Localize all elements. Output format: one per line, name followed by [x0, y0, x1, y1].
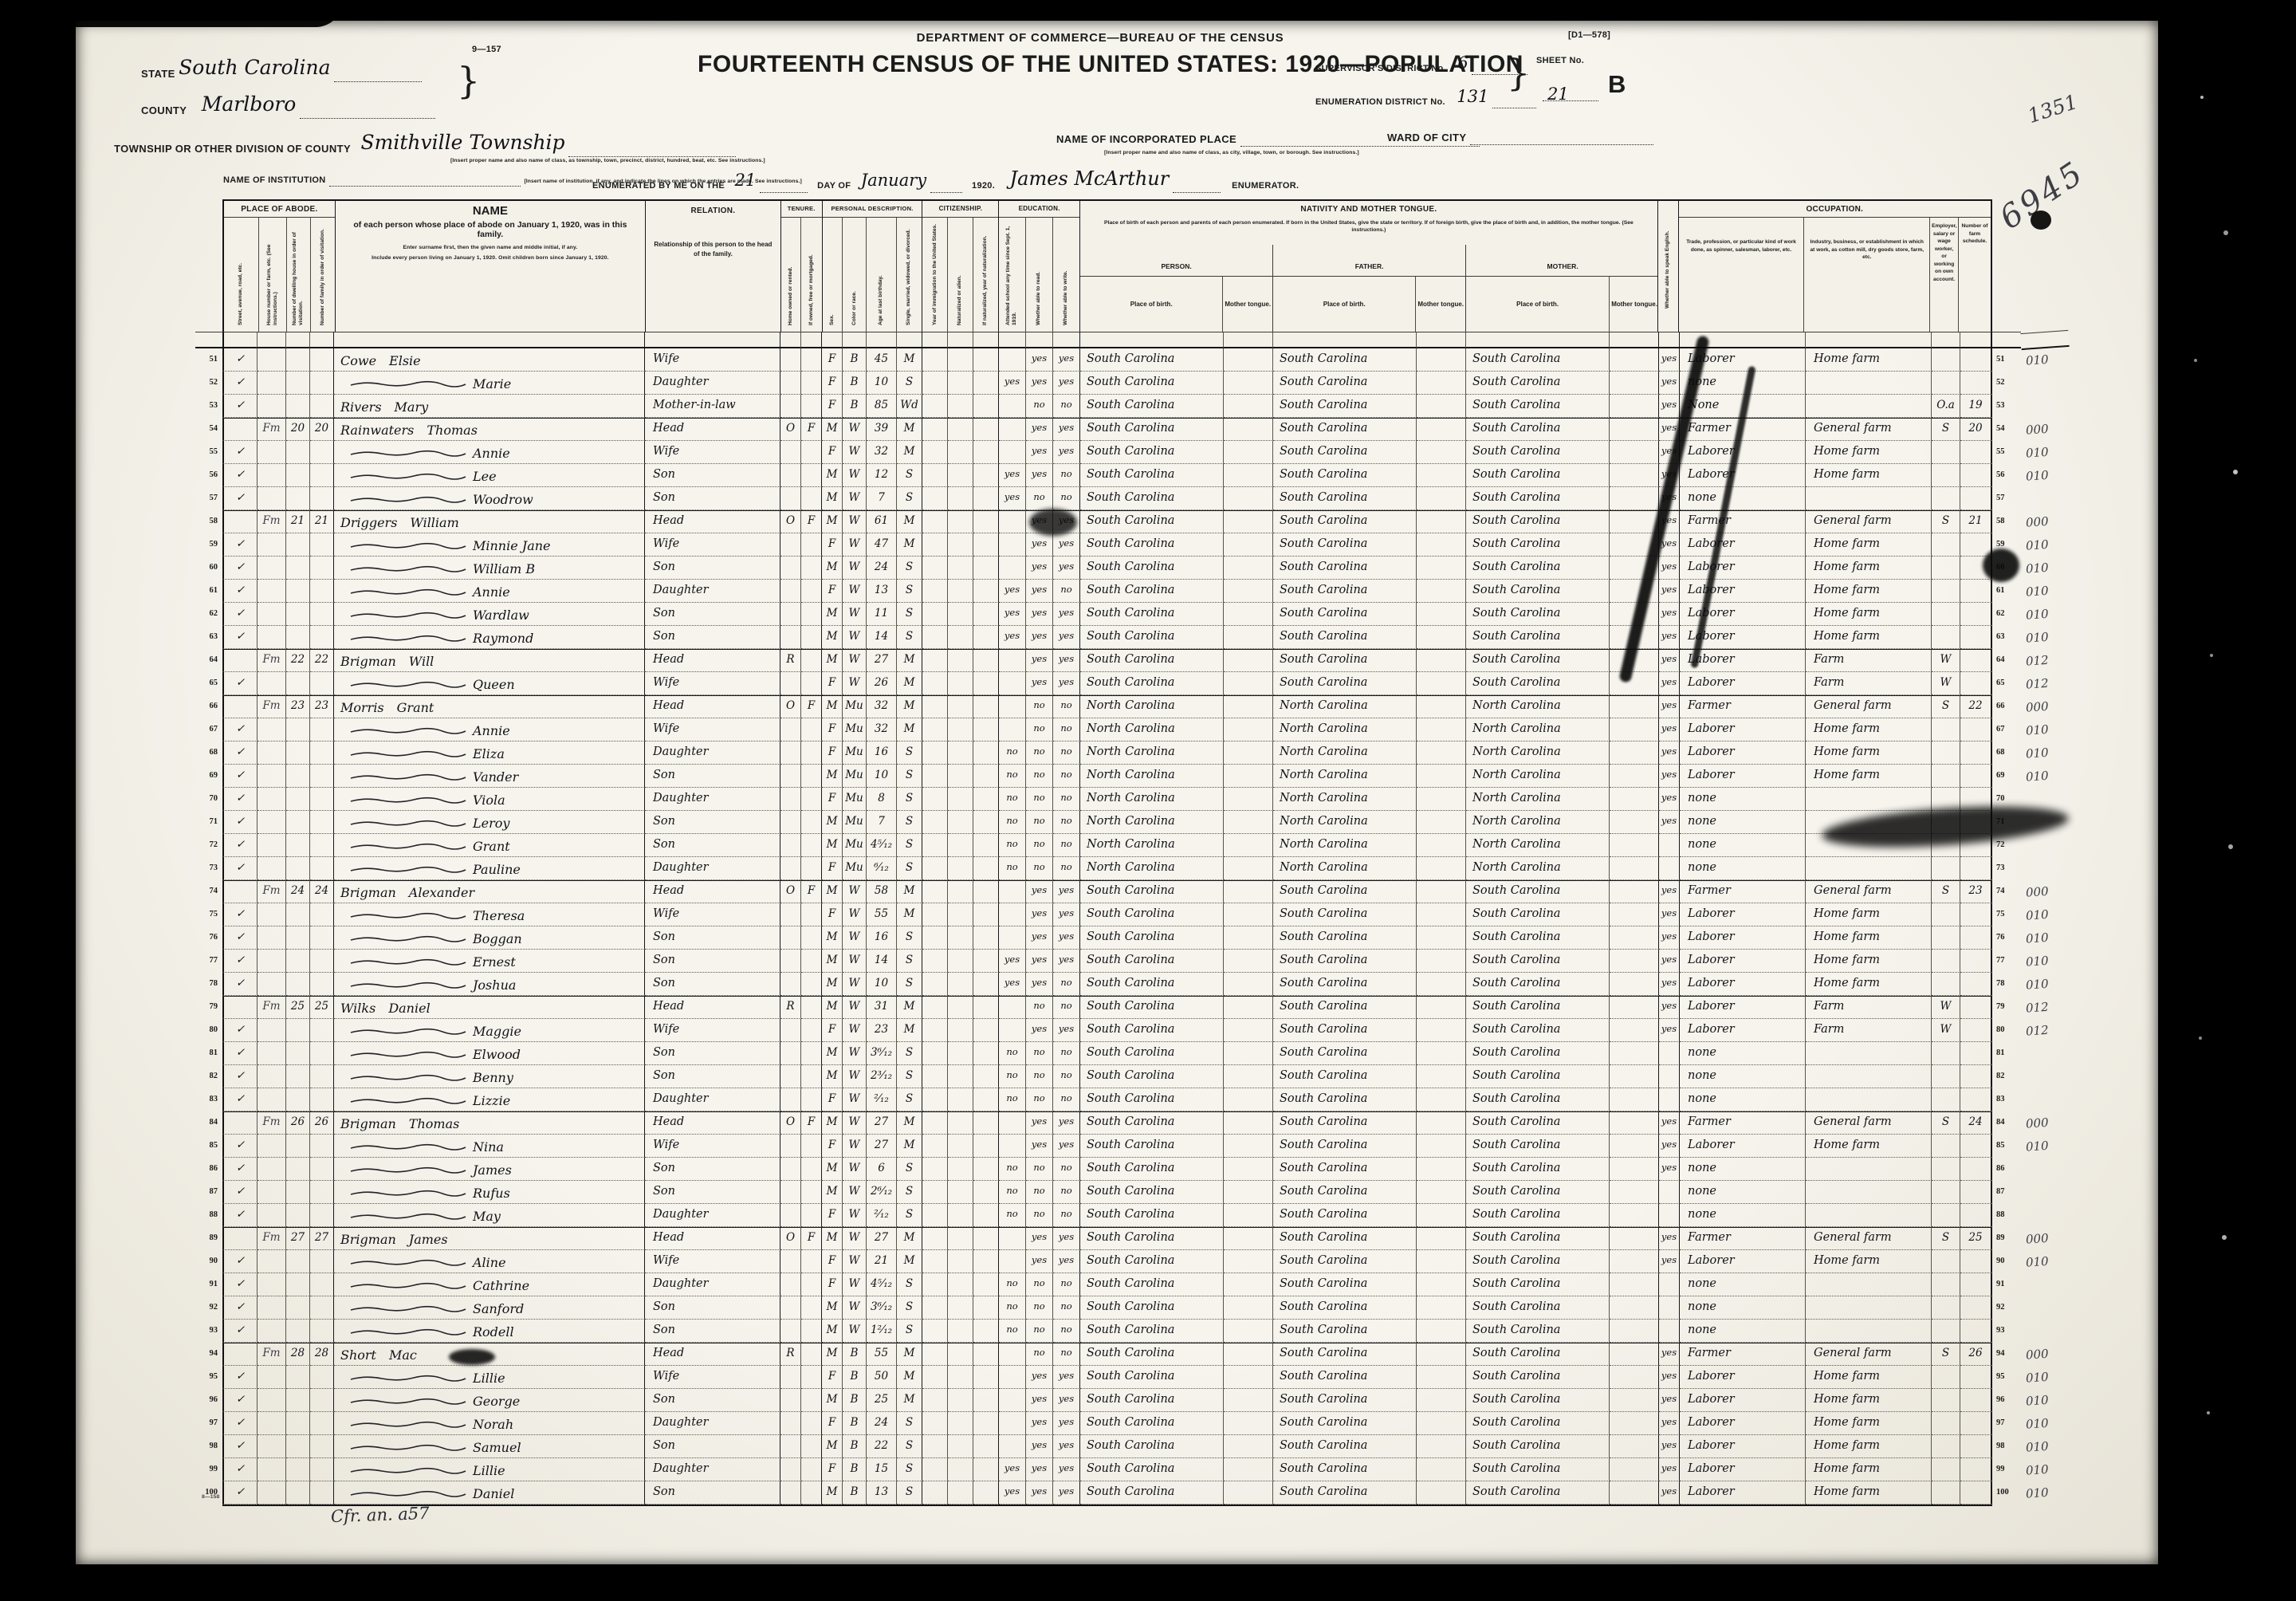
naturalized-entry [948, 765, 973, 788]
ditto-mark [348, 680, 468, 688]
immigration-year-entry [922, 996, 948, 1019]
person-birthplace-entry: South Carolina [1080, 1250, 1224, 1273]
naturalization-year-entry [973, 1273, 999, 1296]
father-mother-tongue-entry [1417, 395, 1466, 418]
relation-entry: Head [645, 695, 780, 718]
mother-mother-tongue-entry [1610, 1458, 1659, 1481]
tenure-free-mortgaged [801, 649, 822, 672]
father-mother-tongue-entry [1417, 1320, 1466, 1343]
able-to-read-entry: no [1026, 996, 1053, 1019]
attended-school-entry: yes [999, 603, 1026, 626]
table-row: 73 ✓ Pauline Daughter F Mu ⁶⁄₁₂ S [195, 857, 2069, 880]
header-group-nativity: NATIVITY AND MOTHER TONGUE. Place of bir… [1080, 201, 1658, 332]
naturalized-entry [948, 950, 973, 973]
family-number [310, 741, 334, 765]
employment-class-entry [1932, 857, 1960, 880]
family-number [310, 1088, 334, 1111]
tenure-owned-rented [780, 1296, 801, 1320]
marital-status-entry: M [897, 510, 922, 533]
mother-mother-tongue-entry [1610, 1296, 1659, 1320]
person-birthplace-entry: North Carolina [1080, 834, 1224, 857]
occupation-entry: none [1680, 1088, 1806, 1111]
farm-schedule-entry: 23 [1960, 880, 1992, 903]
given-name: Thomas [409, 1116, 460, 1131]
tenure-free-mortgaged: F [801, 418, 822, 441]
naturalization-year-entry [973, 1065, 999, 1088]
attended-school-entry [999, 533, 1026, 557]
naturalized-entry [948, 649, 973, 672]
able-to-write-entry: no [1053, 996, 1080, 1019]
employment-class-entry: W [1932, 672, 1960, 695]
house-farm-entry [258, 348, 286, 372]
immigration-year-entry [922, 649, 948, 672]
mother-mother-tongue-entry [1610, 950, 1659, 973]
table-row: 100 ✓ Daniel Son M B 13 S [195, 1481, 2069, 1505]
industry-entry [1806, 811, 1932, 834]
sex-entry: F [822, 1135, 843, 1158]
dwelling-number [286, 1435, 310, 1458]
occupation-code: 010 [2020, 925, 2070, 951]
farm-schedule-entry [1960, 1088, 1992, 1111]
dwelling-number [286, 557, 310, 580]
farm-schedule-entry [1960, 464, 1992, 487]
ditto-mark [348, 564, 468, 572]
father-birthplace-entry: South Carolina [1273, 1111, 1417, 1135]
row-number-right: 75 [1992, 903, 2021, 926]
industry-entry [1806, 1088, 1932, 1111]
father-pob-label: Place of birth. [1273, 277, 1416, 332]
attended-school-entry: no [999, 1204, 1026, 1227]
table-row: 82 ✓ Benny Son M W 2³⁄₁₂ S [195, 1065, 2069, 1088]
row-number-right: 98 [1992, 1435, 2021, 1458]
naturalized-entry [948, 1135, 973, 1158]
color-race-entry: B [843, 1481, 867, 1505]
dwelling-number [286, 1065, 310, 1088]
mother-birthplace-entry: South Carolina [1466, 1065, 1610, 1088]
age-entry: ⁶⁄₁₂ [867, 857, 897, 880]
father-mother-tongue-entry [1417, 880, 1466, 903]
given-name: Minnie Jane [473, 538, 551, 553]
mother-birthplace-entry: North Carolina [1466, 788, 1610, 811]
dwelling-number [286, 580, 310, 603]
occupation-code: 000 [2020, 416, 2070, 443]
able-to-write-entry: no [1053, 1042, 1080, 1065]
attended-school-entry: yes [999, 1481, 1026, 1505]
column-number [1806, 332, 1932, 348]
ditto-mark [348, 726, 468, 734]
mother-birthplace-entry: South Carolina [1466, 348, 1610, 372]
speaks-english-entry: yes [1659, 996, 1680, 1019]
industry-entry [1806, 372, 1932, 395]
naturalized-entry [948, 626, 973, 649]
occupation-code: 010 [2020, 1249, 2070, 1275]
person-birthplace-entry: South Carolina [1080, 1481, 1224, 1505]
house-farm-entry [258, 533, 286, 557]
marital-status-entry: M [897, 672, 922, 695]
row-number-right: 78 [1992, 973, 2021, 996]
relation-entry: Son [645, 626, 780, 649]
attended-school-entry: no [999, 1158, 1026, 1181]
person-birthplace-entry: South Carolina [1080, 1111, 1224, 1135]
relation-entry: Son [645, 1481, 780, 1505]
marital-status-entry: S [897, 626, 922, 649]
occupation-entry: Laborer [1680, 996, 1806, 1019]
person-mother-tongue-entry [1224, 1320, 1273, 1343]
speaks-english-entry: yes [1659, 510, 1680, 533]
tenure-owned-rented: R [780, 649, 801, 672]
marital-status-entry: Wd [897, 395, 922, 418]
naturalized-entry [948, 395, 973, 418]
name-cell: Samuel [334, 1435, 645, 1458]
table-row: 65 ✓ Queen Wife F W 26 M [195, 672, 2069, 695]
ditto-mark [348, 796, 468, 804]
employment-class-entry [1932, 950, 1960, 973]
attended-school-entry: yes [999, 464, 1026, 487]
person-birthplace-entry: South Carolina [1080, 557, 1224, 580]
industry-entry: Home farm [1806, 1458, 1932, 1481]
mother-mother-tongue-entry [1610, 372, 1659, 395]
enumerated-year: 1920. [972, 181, 995, 191]
industry-entry: Home farm [1806, 1366, 1932, 1389]
farm-schedule-entry [1960, 1412, 1992, 1435]
father-birthplace-entry: South Carolina [1273, 348, 1417, 372]
able-to-write-entry: yes [1053, 1019, 1080, 1042]
column-number [1932, 332, 1960, 348]
attended-school-entry [999, 395, 1026, 418]
tenure-free-mortgaged [801, 1019, 822, 1042]
employment-class-entry [1932, 348, 1960, 372]
able-to-read-entry: yes [1026, 603, 1053, 626]
naturalization-year-entry [973, 950, 999, 973]
immigration-year-entry [922, 510, 948, 533]
marital-status-entry: M [897, 718, 922, 741]
father-mother-tongue-entry [1417, 973, 1466, 996]
dwelling-number [286, 765, 310, 788]
column-number-row [195, 332, 2069, 348]
industry-entry: General farm [1806, 510, 1932, 533]
row-number-left: 54 [195, 418, 222, 441]
immigration-year-entry [922, 603, 948, 626]
marital-status-entry: S [897, 926, 922, 950]
father-birthplace-entry: South Carolina [1273, 533, 1417, 557]
speaks-english-entry: yes [1659, 649, 1680, 672]
naturalization-year-entry [973, 533, 999, 557]
speaks-english-entry: yes [1659, 1458, 1680, 1481]
tenure-owned-rented [780, 741, 801, 765]
header-group-english: Whether able to speak English. [1658, 201, 1679, 332]
ditto-mark [348, 380, 468, 387]
marital-status-entry: S [897, 1412, 922, 1435]
industry-entry: Home farm [1806, 903, 1932, 926]
naturalized-entry [948, 718, 973, 741]
immigration-year-entry [922, 834, 948, 857]
tenure-owned-rented [780, 348, 801, 372]
tenure-owned-rented: O [780, 418, 801, 441]
given-name: Elwood [473, 1047, 521, 1062]
dwelling-number [286, 1088, 310, 1111]
ditto-mark [348, 773, 468, 781]
dwelling-number [286, 1042, 310, 1065]
sex-entry: F [822, 718, 843, 741]
person-mother-tongue-entry [1224, 811, 1273, 834]
age-entry: 8 [867, 788, 897, 811]
given-name: Grant [397, 700, 434, 715]
row-number-left: 74 [195, 880, 222, 903]
row-number-left: 97 [195, 1412, 222, 1435]
house-farm-entry: Fm [258, 510, 286, 533]
column-number [1026, 332, 1053, 348]
house-farm-entry [258, 1435, 286, 1458]
table-row: 93 ✓ Rodell Son M W 1²⁄₁₂ S [195, 1320, 2069, 1343]
mother-birthplace-entry: North Carolina [1466, 765, 1610, 788]
street-check: ✓ [222, 1204, 258, 1227]
row-number-left: 84 [195, 1111, 222, 1135]
mother-mother-tongue-entry [1610, 857, 1659, 880]
able-to-read-entry: no [1026, 718, 1053, 741]
mother-birthplace-entry: South Carolina [1466, 672, 1610, 695]
family-number [310, 441, 334, 464]
table-row: 69 ✓ Vander Son M Mu 10 S [195, 765, 2069, 788]
marital-status-entry: S [897, 580, 922, 603]
house-farm-entry [258, 811, 286, 834]
marital-status-entry: S [897, 1458, 922, 1481]
mother-mother-tongue-entry [1610, 580, 1659, 603]
marital-status-entry: S [897, 950, 922, 973]
person-pob-label: Place of birth. [1080, 277, 1223, 332]
table-row: 99 ✓ Lillie Daughter F B 15 S [195, 1458, 2069, 1481]
immigration-year-entry [922, 1135, 948, 1158]
tenure-owned-rented [780, 834, 801, 857]
marital-status-entry: S [897, 834, 922, 857]
row-number-right: 61 [1992, 580, 2021, 603]
tenure-owned-rented: R [780, 1343, 801, 1366]
relation-entry: Wife [645, 718, 780, 741]
person-mother-tongue-entry [1224, 1435, 1273, 1458]
street-check: ✓ [222, 950, 258, 973]
person-birthplace-entry: North Carolina [1080, 741, 1224, 765]
ditto-mark [348, 1096, 468, 1104]
tenure-free-mortgaged [801, 834, 822, 857]
occupation-entry: Farmer [1680, 418, 1806, 441]
name-cell: Benny [334, 1065, 645, 1088]
speaks-english-entry: yes [1659, 973, 1680, 996]
name-cell: Marie [334, 372, 645, 395]
immigration-year-entry [922, 811, 948, 834]
occupation-entry: none [1680, 1181, 1806, 1204]
able-to-write-entry: yes [1053, 372, 1080, 395]
person-mother-tongue-entry [1224, 765, 1273, 788]
industry-entry [1806, 1042, 1932, 1065]
sex-entry: M [822, 649, 843, 672]
relation-entry: Wife [645, 533, 780, 557]
occupation-entry: none [1680, 811, 1806, 834]
industry-entry [1806, 1158, 1932, 1181]
occupation-entry: Laborer [1680, 926, 1806, 950]
mother-mother-tongue-entry [1610, 880, 1659, 903]
speaks-english-entry: yes [1659, 372, 1680, 395]
column-number [1417, 332, 1466, 348]
father-mother-tongue-entry [1417, 788, 1466, 811]
col28-label: Employer, salary or wage worker, or work… [1930, 218, 1959, 332]
father-mother-tongue-entry [1417, 1296, 1466, 1320]
given-name: Boggan [473, 931, 522, 946]
color-race-entry: W [843, 672, 867, 695]
father-birthplace-entry: South Carolina [1273, 903, 1417, 926]
table-row: 83 ✓ Lizzie Daughter F W ²⁄₁₂ S [195, 1088, 2069, 1111]
mother-label: MOTHER. [1466, 245, 1658, 277]
attended-school-entry: no [999, 741, 1026, 765]
sex-entry: F [822, 672, 843, 695]
color-race-entry: W [843, 603, 867, 626]
house-farm-entry: Fm [258, 1227, 286, 1250]
able-to-write-entry: no [1053, 695, 1080, 718]
occupation-entry: none [1680, 1042, 1806, 1065]
house-farm-entry [258, 1366, 286, 1389]
ditto-mark [348, 1258, 468, 1266]
name-cell: Rufus [334, 1181, 645, 1204]
color-race-entry: B [843, 395, 867, 418]
mother-birthplace-entry: South Carolina [1466, 533, 1610, 557]
able-to-read-entry: yes [1026, 1481, 1053, 1505]
able-to-read-entry: yes [1026, 441, 1053, 464]
ditto-mark [348, 1073, 468, 1081]
name-cell: Brigman Alexander [334, 880, 645, 903]
tenure-owned-rented [780, 973, 801, 996]
marital-status-entry: S [897, 1181, 922, 1204]
color-race-entry: W [843, 441, 867, 464]
mother-mother-tongue-entry [1610, 626, 1659, 649]
row-number-left: 86 [195, 1158, 222, 1181]
immigration-year-entry [922, 580, 948, 603]
ward-row: WARD OF CITY [1387, 131, 1653, 145]
mother-birthplace-entry: South Carolina [1466, 487, 1610, 510]
father-mother-tongue-entry [1417, 464, 1466, 487]
immigration-year-entry [922, 487, 948, 510]
color-race-entry: W [843, 926, 867, 950]
color-race-entry: B [843, 348, 867, 372]
employment-class-entry [1932, 926, 1960, 950]
table-row: 89 Fm 27 27 Brigman James Head O F M W 2… [195, 1227, 2069, 1250]
table-row: 91 ✓ Cathrine Daughter F W 4⁵⁄₁₂ S [195, 1273, 2069, 1296]
employment-class-entry [1932, 1135, 1960, 1158]
row-number-left: 57 [195, 487, 222, 510]
speaks-english-entry [1659, 1296, 1680, 1320]
person-mother-tongue-entry [1224, 1227, 1273, 1250]
tenure-free-mortgaged [801, 1065, 822, 1088]
street-check: ✓ [222, 1273, 258, 1296]
name-group-note1: Enter surname first, then the given name… [340, 239, 640, 250]
name-cell: Cowe Elsie [334, 348, 645, 372]
father-birthplace-entry: North Carolina [1273, 765, 1417, 788]
sex-entry: M [822, 603, 843, 626]
township-value: Smithville Township [361, 131, 565, 154]
family-number [310, 603, 334, 626]
able-to-read-entry: yes [1026, 1250, 1053, 1273]
marital-status-entry: M [897, 880, 922, 903]
col4-label: Number of family in order of visitation. [319, 218, 327, 328]
immigration-year-entry [922, 557, 948, 580]
occupation-entry: none [1680, 857, 1806, 880]
mother-mother-tongue-entry [1610, 1065, 1659, 1088]
row-number-right: 74 [1992, 880, 2021, 903]
father-mother-tongue-entry [1417, 950, 1466, 973]
naturalized-entry [948, 372, 973, 395]
row-number-right: 84 [1992, 1111, 2021, 1135]
relation-entry: Son [645, 834, 780, 857]
supervisor-row: SUPERVISOR'S DISTRICT No. 6 [1315, 56, 1527, 75]
dwelling-number [286, 348, 310, 372]
marital-status-entry: M [897, 441, 922, 464]
color-race-entry: Mu [843, 811, 867, 834]
sex-entry: F [822, 580, 843, 603]
able-to-read-entry: no [1026, 487, 1053, 510]
person-mother-tongue-entry [1224, 1088, 1273, 1111]
speaks-english-entry: yes [1659, 765, 1680, 788]
mother-birthplace-entry: South Carolina [1466, 1366, 1610, 1389]
age-entry: 50 [867, 1366, 897, 1389]
relation-entry: Son [645, 1389, 780, 1412]
naturalization-year-entry [973, 464, 999, 487]
age-entry: 16 [867, 926, 897, 950]
surname: Brigman [340, 1116, 396, 1131]
attended-school-entry: no [999, 1181, 1026, 1204]
naturalized-entry [948, 1088, 973, 1111]
dwelling-number [286, 1204, 310, 1227]
naturalization-year-entry [973, 765, 999, 788]
mother-birthplace-entry: South Carolina [1466, 603, 1610, 626]
mother-mother-tongue-entry [1610, 811, 1659, 834]
given-name: Leroy [473, 816, 509, 831]
mother-mother-tongue-entry [1610, 695, 1659, 718]
marital-status-entry: M [897, 348, 922, 372]
employment-class-entry [1932, 372, 1960, 395]
able-to-write-entry: yes [1053, 1227, 1080, 1250]
farm-schedule-entry [1960, 649, 1992, 672]
house-farm-entry [258, 788, 286, 811]
mother-mother-tongue-entry [1610, 1042, 1659, 1065]
occupation-code: 010 [2020, 740, 2070, 766]
able-to-write-entry: yes [1053, 1389, 1080, 1412]
farm-schedule-entry [1960, 487, 1992, 510]
person-mother-tongue-entry [1224, 1204, 1273, 1227]
naturalized-entry [948, 1273, 973, 1296]
name-cell: May [334, 1204, 645, 1227]
father-birthplace-entry: South Carolina [1273, 1435, 1417, 1458]
family-number: 25 [310, 996, 334, 1019]
able-to-read-entry: yes [1026, 464, 1053, 487]
father-mother-tongue-entry [1417, 1481, 1466, 1505]
father-birthplace-entry: South Carolina [1273, 1458, 1417, 1481]
dwelling-number [286, 1296, 310, 1320]
name-cell: Morris Grant [334, 695, 645, 718]
speaks-english-entry: yes [1659, 1111, 1680, 1135]
relation-entry: Head [645, 1111, 780, 1135]
relation-entry: Head [645, 418, 780, 441]
street-check: ✓ [222, 811, 258, 834]
occupation-code [2020, 1064, 2070, 1090]
father-birthplace-entry: South Carolina [1273, 1343, 1417, 1366]
naturalized-entry [948, 1320, 973, 1343]
occupation-entry: Laborer [1680, 1412, 1806, 1435]
able-to-write-entry: yes [1053, 418, 1080, 441]
township-note: [Insert proper name and also name of cla… [450, 158, 765, 163]
naturalized-entry [948, 1019, 973, 1042]
row-number-left: 51 [195, 348, 222, 372]
mother-birthplace-entry: North Carolina [1466, 811, 1610, 834]
tenure-free-mortgaged [801, 441, 822, 464]
speaks-english-entry: yes [1659, 788, 1680, 811]
street-check: ✓ [222, 1412, 258, 1435]
